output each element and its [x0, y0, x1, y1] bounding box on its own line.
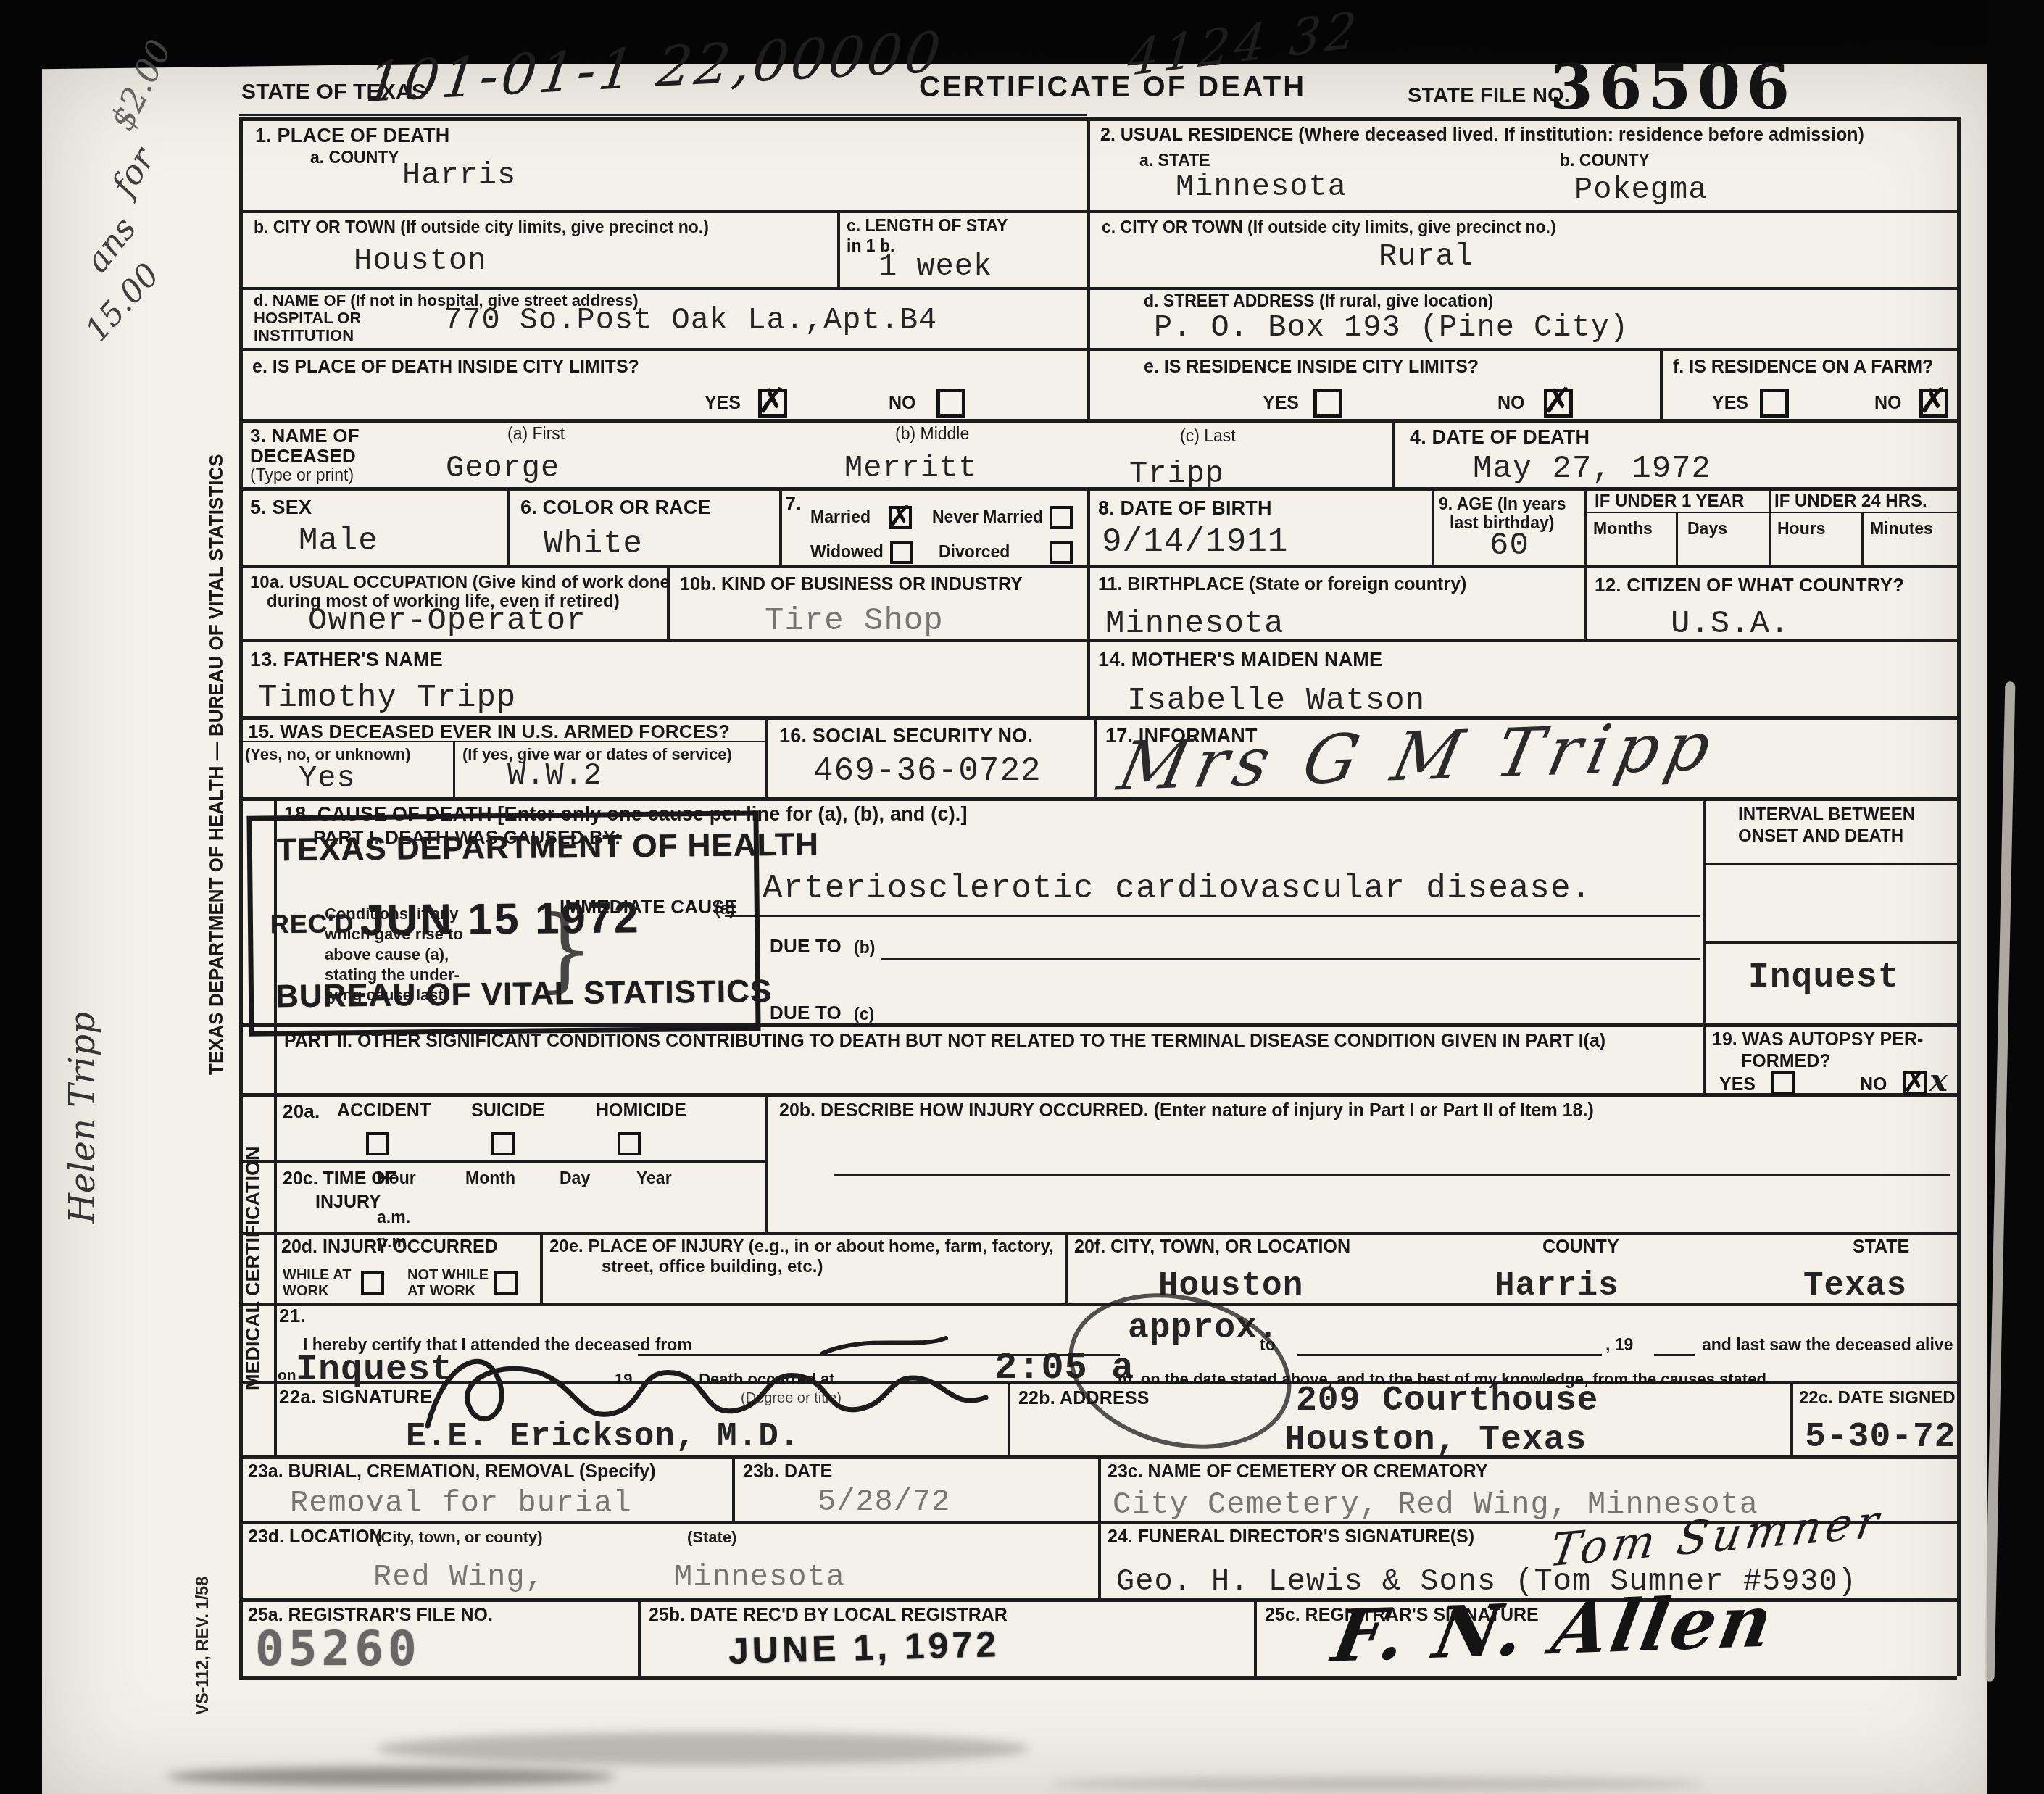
no-label: NO: [1497, 393, 1525, 414]
grid-line: [638, 1598, 641, 1676]
while-at-work-label1: WHILE AT: [283, 1267, 351, 1284]
address-line1: 209 Courthouse: [1296, 1382, 1598, 1421]
middle-name-label: (b) Middle: [895, 424, 969, 444]
grid-line: [1660, 348, 1663, 419]
grid-line: [765, 1093, 768, 1232]
war-service-value: W.W.2: [507, 758, 602, 793]
grid-line: [1432, 487, 1434, 565]
yes-label: YES: [1712, 393, 1748, 414]
year-label: Year: [636, 1168, 672, 1188]
race-label: 6. COLOR OR RACE: [520, 497, 711, 519]
grid-line: [1703, 797, 1706, 1093]
father-name-value: Timothy Tripp: [258, 680, 516, 716]
days-label: Days: [1687, 519, 1727, 539]
industry-label: 10b. KIND OF BUSINESS OR INDUSTRY: [680, 574, 1023, 595]
date-of-birth-value: 9/14/1911: [1102, 523, 1288, 561]
date-signed-value: 5-30-72: [1805, 1418, 1956, 1457]
city-value: Houston: [354, 244, 486, 278]
autopsy-extra-mark: x: [1929, 1063, 1948, 1098]
type-or-print-label: (Type or print): [250, 465, 354, 485]
autopsy-label2: FORMED?: [1741, 1051, 1831, 1072]
unchecked-box: [890, 541, 913, 564]
location-city-value: Red Wing,: [373, 1560, 544, 1595]
street-address-label: d. STREET ADDRESS (If rural, give locati…: [1144, 291, 1493, 311]
age-value: 60: [1490, 528, 1529, 564]
residence-farm-label: f. IS RESIDENCE ON A FARM?: [1673, 357, 1933, 378]
certify-19-label: , 19: [1605, 1335, 1633, 1355]
injury-county-label: COUNTY: [1542, 1237, 1619, 1258]
unchecked-box: [366, 1132, 389, 1155]
hospital-value: 770 So.Post Oak La.,Apt.B4: [444, 303, 937, 338]
if-under-24-hrs-label: IF UNDER 24 HRS.: [1774, 491, 1927, 512]
hour-label: Hour: [377, 1168, 416, 1188]
location-label: 23d. LOCATION: [248, 1527, 383, 1548]
margin-medical-certification-label: MEDICAL CERTIFICATION: [242, 1005, 265, 1390]
married-label: Married: [810, 507, 871, 527]
am-label: a.m.: [377, 1208, 410, 1227]
accident-label: ACCIDENT: [337, 1100, 431, 1121]
residence-county-label: b. COUNTY: [1560, 151, 1650, 170]
no-label: NO: [1860, 1074, 1887, 1095]
grid-line: [239, 797, 1957, 801]
residence-state-value: Minnesota: [1176, 170, 1347, 204]
grid-line: [239, 1232, 1957, 1235]
grid-line: [239, 565, 1957, 568]
marital-section-label: 7.: [785, 493, 802, 515]
unchecked-box: [1760, 389, 1789, 418]
interval-label1: INTERVAL BETWEEN: [1738, 805, 1915, 825]
checked-box: [1544, 389, 1573, 418]
grid-line: [1703, 941, 1957, 944]
unchecked-box: [936, 389, 965, 418]
grid-line: [834, 1174, 1950, 1176]
grid-line: [1957, 117, 1961, 1676]
while-at-work-label2: WORK: [283, 1283, 328, 1300]
name-of-deceased-label1: 3. NAME OF: [250, 425, 360, 447]
grid-line: [837, 210, 840, 287]
c-label: (c): [854, 1005, 874, 1024]
physician-name-typed: E.E. Erickson, M.D.: [406, 1418, 800, 1455]
due-to-c-label: DUE TO: [770, 1002, 842, 1024]
divorced-label: Divorced: [939, 542, 1010, 562]
scan-left-black-band: [0, 0, 42, 1794]
residence-state-label: a. STATE: [1139, 151, 1210, 170]
occupation-value: Owner-Operator: [308, 603, 586, 639]
hours-label: Hours: [1777, 519, 1825, 539]
grid-line: [239, 1676, 1957, 1680]
scanned-death-certificate: TEXAS DEPARTMENT OF HEALTH — BUREAU OF V…: [0, 0, 2044, 1794]
hospital-label2: HOSPITAL OR: [254, 309, 361, 328]
residence-city-value: Rural: [1379, 239, 1474, 274]
burial-value: Removal for burial: [290, 1486, 632, 1521]
race-value: White: [544, 526, 643, 562]
location-sub1: (City, town, or county): [375, 1528, 543, 1547]
ssn-value: 469-36-0722: [813, 752, 1042, 790]
day-label: Day: [560, 1168, 590, 1188]
grid-line: [239, 348, 1957, 351]
middle-name-value: Merritt: [844, 451, 977, 486]
autopsy-label1: 19. WAS AUTOPSY PER-: [1712, 1029, 1923, 1050]
degree-title-label: (Degree or title): [741, 1390, 842, 1407]
grid-line: [1654, 1354, 1695, 1356]
not-while-at-work-label2: AT WORK: [407, 1283, 475, 1300]
time-of-injury-label2: INJURY: [315, 1192, 381, 1213]
sex-label: 5. SEX: [250, 497, 312, 519]
checked-box: [758, 389, 787, 418]
grid-line: [1392, 419, 1395, 487]
grid-line: [239, 487, 1957, 491]
date-of-death-value: May 27, 1972: [1473, 451, 1711, 487]
accident-section-label: 20a.: [283, 1100, 320, 1123]
interval-label2: ONSET AND DEATH: [1738, 826, 1903, 847]
funeral-director-label: 24. FUNERAL DIRECTOR'S SIGNATURE(S): [1108, 1527, 1474, 1548]
grid-line: [239, 1093, 1957, 1097]
checked-box: [1919, 389, 1948, 418]
month-label: Month: [465, 1168, 515, 1188]
grid-line: [881, 958, 1700, 960]
date-received-stamp: JUNE 1, 1972: [728, 1623, 1000, 1672]
received-stamp-box: TEXAS DEPARTMENT OF HEALTH REC'D JUN 15 …: [246, 810, 760, 1036]
describe-injury-label: 20b. DESCRIBE HOW INJURY OCCURRED. (Ente…: [779, 1100, 1594, 1121]
residence-city-limits-label: e. IS RESIDENCE INSIDE CITY LIMITS?: [1144, 357, 1479, 378]
registrar-file-number-stamp: 05260: [255, 1621, 421, 1677]
residence-city-label: c. CITY OR TOWN (If outside city limits,…: [1102, 217, 1556, 237]
location-sub2: (State): [687, 1528, 736, 1547]
grid-line: [1094, 716, 1097, 797]
suicide-label: SUICIDE: [471, 1100, 544, 1121]
hospital-label3: INSTITUTION: [254, 326, 354, 345]
citizen-value: U.S.A.: [1671, 606, 1790, 642]
street-address-value: P. O. Box 193 (Pine City): [1154, 310, 1629, 345]
scan-smudge: [377, 1732, 1029, 1765]
city-label: b. CITY OR TOWN (If outside city limits,…: [254, 217, 709, 237]
months-label: Months: [1593, 519, 1653, 539]
injury-county-value: Harris: [1495, 1267, 1619, 1305]
industry-value: Tire Shop: [765, 603, 944, 639]
scan-smudge: [167, 1767, 616, 1786]
scan-smudge: [1051, 1777, 1703, 1790]
grid-line: [725, 915, 1700, 917]
certificate-title: CERTIFICATE OF DEATH: [919, 71, 1306, 104]
grid-line: [765, 716, 768, 797]
signature-label: 22a. SIGNATURE: [279, 1386, 433, 1408]
grid-line: [1087, 117, 1090, 419]
grid-line: [1098, 1455, 1101, 1598]
margin-department-label: TEXAS DEPARTMENT OF HEALTH — BUREAU OF V…: [205, 339, 228, 1075]
certify-on-label: on: [278, 1367, 296, 1384]
place-city-limits-label: e. IS PLACE OF DEATH INSIDE CITY LIMITS?: [252, 357, 639, 378]
last-name-value: Tripp: [1129, 457, 1224, 491]
never-married-label: Never Married: [932, 507, 1043, 527]
unchecked-box: [1050, 506, 1073, 529]
length-of-stay-value: 1 week: [878, 249, 992, 284]
address-label: 22b. ADDRESS: [1018, 1388, 1150, 1409]
stamp-line1: TEXAS DEPARTMENT OF HEALTH: [277, 826, 819, 868]
last-name-label: (c) Last: [1180, 426, 1236, 446]
burial-date-label: 23b. DATE: [743, 1461, 832, 1482]
checked-box: [1903, 1071, 1927, 1095]
grid-line: [1676, 512, 1678, 565]
burial-label: 23a. BURIAL, CREMATION, REMOVAL (Specify…: [248, 1461, 656, 1482]
usual-residence-title: 2. USUAL RESIDENCE (Where deceased lived…: [1100, 125, 1864, 146]
grid-line: [239, 419, 1957, 423]
yes-label: YES: [1719, 1074, 1756, 1095]
date-signed-label: 22c. DATE SIGNED: [1799, 1388, 1956, 1408]
county-value: Harris: [402, 158, 516, 193]
name-of-deceased-label2: DECEASED: [250, 445, 356, 468]
part2-label: PART II. OTHER SIGNIFICANT CONDITIONS CO…: [284, 1031, 1605, 1052]
first-name-label: (a) First: [507, 424, 565, 444]
armed-forces-label: 15. WAS DECEASED EVER IN U.S. ARMED FORC…: [248, 720, 730, 743]
date-of-death-label: 4. DATE OF DEATH: [1410, 426, 1590, 449]
certify-text-2: and last saw the deceased alive: [1702, 1335, 1953, 1355]
father-name-label: 13. FATHER'S NAME: [250, 649, 443, 671]
grid-line: [1703, 863, 1957, 865]
ssn-label: 16. SOCIAL SECURITY NO.: [779, 725, 1033, 747]
grid-line: [1769, 487, 1771, 565]
address-line2: Houston, Texas: [1284, 1421, 1587, 1460]
stamp-date: JUN 15 1972: [360, 892, 641, 945]
if-under-1-year-label: IF UNDER 1 YEAR: [1595, 491, 1744, 512]
grid-line: [239, 117, 243, 1676]
yes-label: YES: [705, 393, 741, 414]
b-label: (b): [854, 938, 875, 958]
citizen-label: 12. CITIZEN OF WHAT COUNTRY?: [1595, 574, 1904, 597]
grid-line: [540, 1232, 543, 1303]
stamp-line2: BUREAU OF VITAL STATISTICS: [275, 973, 773, 1015]
no-label: NO: [1874, 393, 1902, 414]
yes-label: YES: [1263, 393, 1299, 414]
grid-line: [507, 487, 510, 565]
grid-line: [453, 741, 455, 797]
margin-form-number: VS-112, REV. 1/58: [193, 1556, 212, 1715]
certify-section-label: 21.: [279, 1305, 306, 1327]
grid-line: [1254, 1598, 1257, 1676]
county-label: a. COUNTY: [310, 148, 399, 167]
state-file-no-label: STATE FILE NO.: [1408, 84, 1570, 108]
first-name-value: George: [446, 451, 560, 486]
injury-city-label: 20f. CITY, TOWN, OR LOCATION: [1074, 1237, 1350, 1258]
grid-line: [1861, 512, 1864, 565]
armed-forces-value: Yes: [299, 761, 356, 796]
birthplace-value: Minnesota: [1105, 606, 1284, 642]
grid-line: [239, 287, 1957, 290]
grid-line: [1297, 1354, 1602, 1356]
sex-value: Male: [299, 523, 378, 560]
stamp-recd: REC'D: [270, 908, 354, 939]
unchecked-box: [1313, 389, 1342, 418]
homicide-label: HOMICIDE: [596, 1100, 686, 1121]
grid-line: [1584, 487, 1587, 639]
grid-line: [239, 1160, 765, 1163]
unchecked-box: [491, 1132, 515, 1155]
grid-line: [732, 1455, 735, 1521]
injury-occurred-label: 20d. INJURY OCCURRED: [281, 1237, 498, 1258]
widowed-label: Widowed: [810, 542, 884, 562]
registrar-signature: F. N. Allen: [1326, 1579, 1782, 1679]
place-of-injury-label2: street, office building, etc.): [602, 1257, 823, 1277]
state-file-number-stamp: 36506: [1550, 51, 1795, 124]
interval-value: Inquest: [1748, 958, 1900, 997]
place-of-injury-label: 20e. PLACE OF INJURY (e.g., in or about …: [549, 1237, 1054, 1257]
date-received-label: 25b. DATE REC'D BY LOCAL REGISTRAR: [649, 1605, 1008, 1626]
location-state-value: Minnesota: [674, 1560, 845, 1595]
occupation-label: 10a. USUAL OCCUPATION (Give kind of work…: [250, 573, 670, 593]
length-of-stay-label: c. LENGTH OF STAY: [847, 216, 1008, 236]
unchecked-box: [1771, 1071, 1795, 1095]
unchecked-box: [1050, 541, 1073, 564]
age-label: 9. AGE (In years: [1439, 494, 1566, 514]
not-while-at-work-label1: NOT WHILE: [407, 1267, 489, 1284]
grid-line: [1008, 1381, 1010, 1455]
grid-line: [1790, 1381, 1793, 1455]
unchecked-box: [618, 1132, 641, 1155]
grid-line: [1065, 1232, 1068, 1303]
unchecked-box: [361, 1271, 384, 1295]
minutes-label: Minutes: [1870, 519, 1933, 539]
grid-line: [779, 487, 782, 565]
injury-state-value: Texas: [1803, 1267, 1907, 1305]
margin-handwritten-name: Helen Tripp: [62, 905, 103, 1224]
date-of-birth-label: 8. DATE OF BIRTH: [1098, 497, 1272, 520]
checked-box: [889, 506, 912, 529]
grid-line: [1087, 487, 1090, 716]
grid-line: [239, 1303, 1957, 1306]
unchecked-box: [494, 1271, 518, 1295]
residence-county-value: Pokegma: [1574, 173, 1707, 207]
no-label: NO: [889, 393, 916, 414]
cause-a-value: Arteriosclerotic cardiovascular disease.: [763, 870, 1592, 908]
grid-line: [239, 210, 1957, 213]
place-of-death-title: 1. PLACE OF DEATH: [255, 125, 449, 147]
cemetery-label: 23c. NAME OF CEMETERY OR CREMATORY: [1108, 1461, 1488, 1482]
mother-name-label: 14. MOTHER'S MAIDEN NAME: [1098, 649, 1382, 671]
burial-date-value: 5/28/72: [818, 1484, 950, 1519]
injury-state-label: STATE: [1853, 1237, 1909, 1258]
birthplace-label: 11. BIRTHPLACE (State or foreign country…: [1098, 574, 1466, 595]
due-to-b-label: DUE TO: [770, 935, 842, 958]
mother-name-value: Isabelle Watson: [1127, 683, 1425, 719]
